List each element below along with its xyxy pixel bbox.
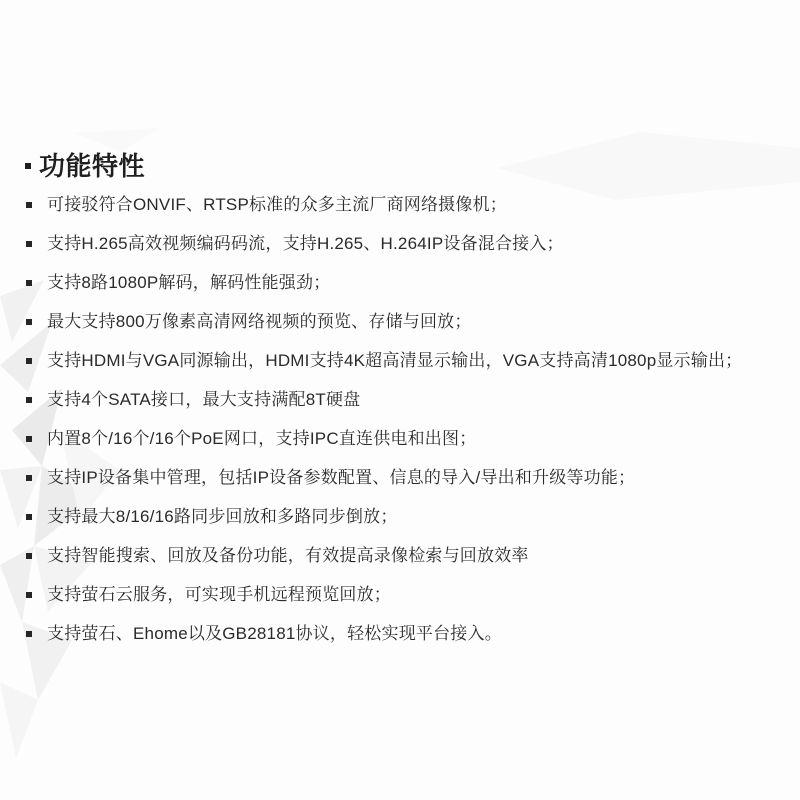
square-bullet-icon	[26, 241, 32, 247]
feature-item-text: 内置8个/16个/16个PoE网口，支持IPC直连供电和出图；	[47, 430, 476, 448]
feature-item-text: 最大支持800万像素高清网络视频的预览、存储与回放；	[47, 313, 472, 331]
feature-item: 可接驳符合ONVIF、RTSP标准的众多主流厂商网络摄像机；	[25, 196, 787, 214]
square-bullet-icon	[26, 358, 32, 364]
square-bullet-icon	[26, 553, 32, 559]
square-bullet-icon	[26, 436, 32, 442]
features-section: 功能特性 可接驳符合ONVIF、RTSP标准的众多主流厂商网络摄像机； 支持H.…	[25, 148, 787, 664]
square-bullet-icon	[26, 514, 32, 520]
feature-item-text: 支持萤石云服务，可实现手机远程预览回放；	[47, 586, 391, 604]
feature-item: 支持萤石、Ehome以及GB28181协议，轻松实现平台接入。	[25, 625, 787, 643]
feature-item: 支持最大8/16/16路同步回放和多路同步倒放；	[25, 508, 787, 526]
feature-item-text: 支持HDMI与VGA同源输出，HDMI支持4K超高清显示输出，VGA支持高清10…	[47, 352, 742, 370]
square-bullet-icon	[26, 592, 32, 598]
feature-item-text: 支持8路1080P解码，解码性能强劲；	[47, 274, 330, 292]
feature-item: 支持H.265高效视频编码码流，支持H.265、H.264IP设备混合接入；	[25, 235, 787, 253]
section-title: 功能特性	[39, 148, 145, 184]
feature-item: 支持8路1080P解码，解码性能强劲；	[25, 274, 787, 292]
square-bullet-icon	[26, 319, 32, 325]
square-bullet-icon	[26, 397, 32, 403]
feature-item-text: 可接驳符合ONVIF、RTSP标准的众多主流厂商网络摄像机；	[47, 196, 507, 214]
feature-item-text: 支持智能搜索、回放及备份功能，有效提高录像检索与回放效率	[47, 547, 529, 565]
feature-item: 支持萤石云服务，可实现手机远程预览回放；	[25, 586, 787, 604]
feature-item-text: 支持最大8/16/16路同步回放和多路同步倒放；	[47, 508, 398, 526]
feature-item-text: 支持4个SATA接口，最大支持满配8T硬盘	[47, 391, 360, 409]
feature-item-text: 支持H.265高效视频编码码流，支持H.265、H.264IP设备混合接入；	[47, 235, 564, 253]
section-title-row: 功能特性	[25, 148, 787, 184]
feature-item: 支持IP设备集中管理，包括IP设备参数配置、信息的导入/导出和升级等功能；	[25, 469, 787, 487]
feature-item: 内置8个/16个/16个PoE网口，支持IPC直连供电和出图；	[25, 430, 787, 448]
feature-item: 支持HDMI与VGA同源输出，HDMI支持4K超高清显示输出，VGA支持高清10…	[25, 352, 787, 370]
feature-list: 可接驳符合ONVIF、RTSP标准的众多主流厂商网络摄像机； 支持H.265高效…	[25, 196, 787, 643]
feature-item: 最大支持800万像素高清网络视频的预览、存储与回放；	[25, 313, 787, 331]
square-bullet-icon	[26, 475, 32, 481]
square-bullet-icon	[26, 202, 32, 208]
feature-item: 支持智能搜索、回放及备份功能，有效提高录像检索与回放效率	[25, 547, 787, 565]
square-bullet-icon	[26, 631, 32, 637]
square-bullet-icon	[26, 280, 32, 286]
feature-item: 支持4个SATA接口，最大支持满配8T硬盘	[25, 391, 787, 409]
feature-item-text: 支持萤石、Ehome以及GB28181协议，轻松实现平台接入。	[47, 625, 502, 643]
square-bullet-icon	[25, 163, 31, 169]
feature-item-text: 支持IP设备集中管理，包括IP设备参数配置、信息的导入/导出和升级等功能；	[47, 469, 635, 487]
